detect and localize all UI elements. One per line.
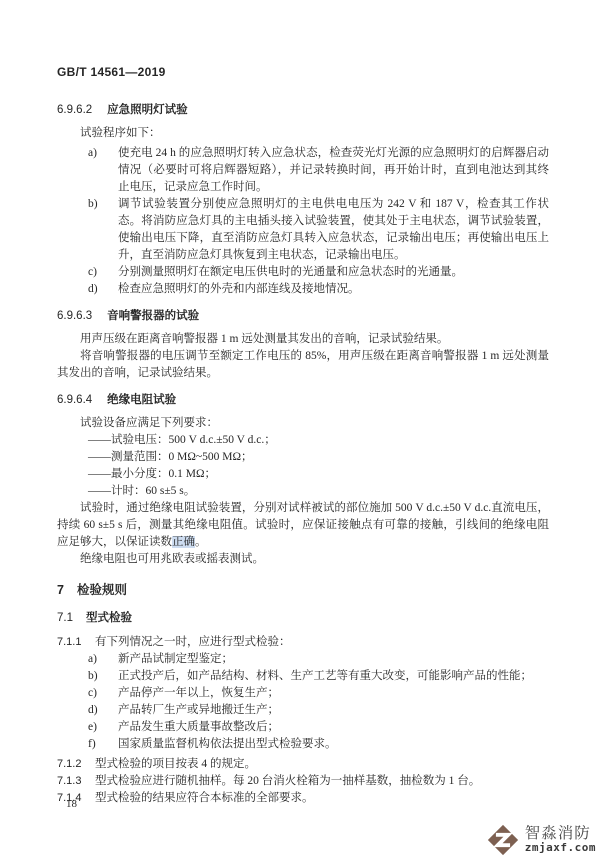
chapter-title: 检验规则 — [77, 583, 127, 597]
section-number: 6.9.6.4 — [57, 394, 92, 406]
item-text: 使充电 24 h 的应急照明灯转入应急状态，检查荧光灯光源的应急照明灯的启辉器启… — [118, 145, 549, 196]
chapter-number: 7 — [57, 583, 64, 597]
heading-6-9-6-3: 6.9.6.3音响警报器的试验 — [57, 308, 549, 325]
clause-text: 型式检验的结果应符合本标准的全部要求。 — [95, 790, 549, 807]
sound-alarm-para-1: 用声压级在距离音响警报器 1 m 远处测量其发出的音响，记录试验结果。 — [57, 331, 549, 348]
item-text: 产品发生重大质量事故整改后； — [118, 719, 549, 736]
list-item: c) 产品停产一年以上，恢复生产； — [57, 685, 549, 702]
insulation-text-post: 。 — [195, 536, 207, 548]
clause-7-1-1: 7.1.1 有下列情况之一时，应进行型式检验： — [57, 634, 549, 651]
section-title: 应急照明灯试验 — [107, 104, 188, 116]
heading-6-9-6-4: 6.9.6.4绝缘电阻试验 — [57, 392, 549, 409]
document-page: GB/T 14561—2019 6.9.6.2应急照明灯试验 试验程序如下： a… — [0, 0, 607, 862]
requirement-item: ——试验电压：500 V d.c.±50 V d.c.； — [57, 432, 549, 449]
item-marker: a) — [88, 145, 118, 196]
clause-number: 7.1.3 — [57, 773, 95, 790]
clause-number: 7.1.2 — [57, 756, 95, 773]
clause-7-1-4: 7.1.4 型式检验的结果应符合本标准的全部要求。 — [57, 790, 549, 807]
item-text: 产品转厂生产或异地搬迁生产； — [118, 702, 549, 719]
item-marker: d) — [88, 702, 118, 719]
item-marker: d) — [88, 281, 118, 298]
requirement-item: ——测量范围：0 MΩ~500 MΩ； — [57, 449, 549, 466]
sound-alarm-para-2: 将音响警报器的电压调节至额定工作电压的 85%，用声压级在距离音响警报器 1 m… — [57, 348, 549, 382]
list-item: d) 产品转厂生产或异地搬迁生产； — [57, 702, 549, 719]
type-inspection-condition-list: a) 新产品试制定型鉴定； b) 正式投产后，如产品结构、材料、生产工艺等有重大… — [57, 651, 549, 753]
item-text: 调节试验装置分别使应急照明灯的主电供电电压为 242 V 和 187 V，检查其… — [118, 196, 549, 264]
clause-number: 7.1.1 — [57, 634, 95, 651]
section-title: 音响警报器的试验 — [107, 310, 199, 322]
procedure-intro: 试验程序如下： — [57, 125, 549, 142]
item-marker: b) — [88, 196, 118, 264]
section-number: 6.9.6.2 — [57, 104, 92, 116]
section-title: 绝缘电阻试验 — [107, 394, 176, 406]
item-marker: b) — [88, 668, 118, 685]
requirement-item: ——最小分度：0.1 MΩ； — [57, 466, 549, 483]
clause-text: 有下列情况之一时，应进行型式检验： — [95, 634, 549, 651]
item-text: 分别测量照明灯在额定电压供电时的光通量和应急状态时的光通量。 — [118, 264, 549, 281]
list-item: f) 国家质量监督机构依法提出型式检验要求。 — [57, 736, 549, 753]
heading-7-1: 7.1型式检验 — [57, 610, 549, 627]
clause-text: 型式检验的项目按表 4 的规定。 — [95, 756, 549, 773]
highlighted-text: 正确 — [172, 536, 195, 548]
list-item: a) 新产品试制定型鉴定； — [57, 651, 549, 668]
clause-7-1-2: 7.1.2 型式检验的项目按表 4 的规定。 — [57, 756, 549, 773]
watermark-text: 智淼消防 zmjaxf.com — [525, 825, 596, 854]
page-number: 18 — [66, 798, 77, 810]
list-item: b) 调节试验装置分别使应急照明灯的主电供电电压为 242 V 和 187 V，… — [57, 196, 549, 264]
watermark-brand: 智淼消防 — [525, 825, 596, 842]
section-number: 7.1 — [57, 612, 73, 624]
item-text: 国家质量监督机构依法提出型式检验要求。 — [118, 736, 549, 753]
list-item: a) 使充电 24 h 的应急照明灯转入应急状态，检查荧光灯光源的应急照明灯的启… — [57, 145, 549, 196]
requirement-item: ——计时：60 s±5 s。 — [57, 483, 549, 500]
insulation-intro: 试验设备应满足下列要求： — [57, 415, 549, 432]
emergency-light-test-list: a) 使充电 24 h 的应急照明灯转入应急状态，检查荧光灯光源的应急照明灯的启… — [57, 145, 549, 298]
item-marker: c) — [88, 264, 118, 281]
page-content: GB/T 14561—2019 6.9.6.2应急照明灯试验 试验程序如下： a… — [57, 64, 549, 807]
watermark: 智淼消防 zmjaxf.com — [486, 823, 596, 857]
zhimiao-logo-icon — [486, 823, 520, 857]
item-marker: c) — [88, 685, 118, 702]
chapter-7-heading: 7检验规则 — [57, 581, 549, 599]
item-text: 正式投产后，如产品结构、材料、生产工艺等有重大改变，可能影响产品的性能； — [118, 668, 549, 685]
list-item: e) 产品发生重大质量事故整改后； — [57, 719, 549, 736]
item-text: 检查应急照明灯的外壳和内部连线及接地情况。 — [118, 281, 549, 298]
clause-7-1-3: 7.1.3 型式检验应进行随机抽样。每 20 台消火栓箱为一抽样基数，抽检数为 … — [57, 773, 549, 790]
list-item: b) 正式投产后，如产品结构、材料、生产工艺等有重大改变，可能影响产品的性能； — [57, 668, 549, 685]
item-text: 产品停产一年以上，恢复生产； — [118, 685, 549, 702]
item-marker: a) — [88, 651, 118, 668]
list-item: d) 检查应急照明灯的外壳和内部连线及接地情况。 — [57, 281, 549, 298]
item-text: 新产品试制定型鉴定； — [118, 651, 549, 668]
insulation-test-para: 试验时，通过绝缘电阻试验装置，分别对试样被试的部位施加 500 V d.c.±5… — [57, 500, 549, 551]
section-title: 型式检验 — [86, 612, 132, 624]
megger-note-para: 绝缘电阻也可用兆欧表或摇表测试。 — [57, 551, 549, 568]
watermark-url: zmjaxf.com — [525, 842, 596, 854]
standard-number-header: GB/T 14561—2019 — [57, 64, 549, 81]
item-marker: f) — [88, 736, 118, 753]
list-item: c) 分别测量照明灯在额定电压供电时的光通量和应急状态时的光通量。 — [57, 264, 549, 281]
clause-text: 型式检验应进行随机抽样。每 20 台消火栓箱为一抽样基数，抽检数为 1 台。 — [95, 773, 549, 790]
insulation-text-pre: 试验时，通过绝缘电阻试验装置，分别对试样被试的部位施加 500 V d.c.±5… — [57, 502, 549, 548]
section-number: 6.9.6.3 — [57, 310, 92, 322]
item-marker: e) — [88, 719, 118, 736]
heading-6-9-6-2: 6.9.6.2应急照明灯试验 — [57, 102, 549, 119]
